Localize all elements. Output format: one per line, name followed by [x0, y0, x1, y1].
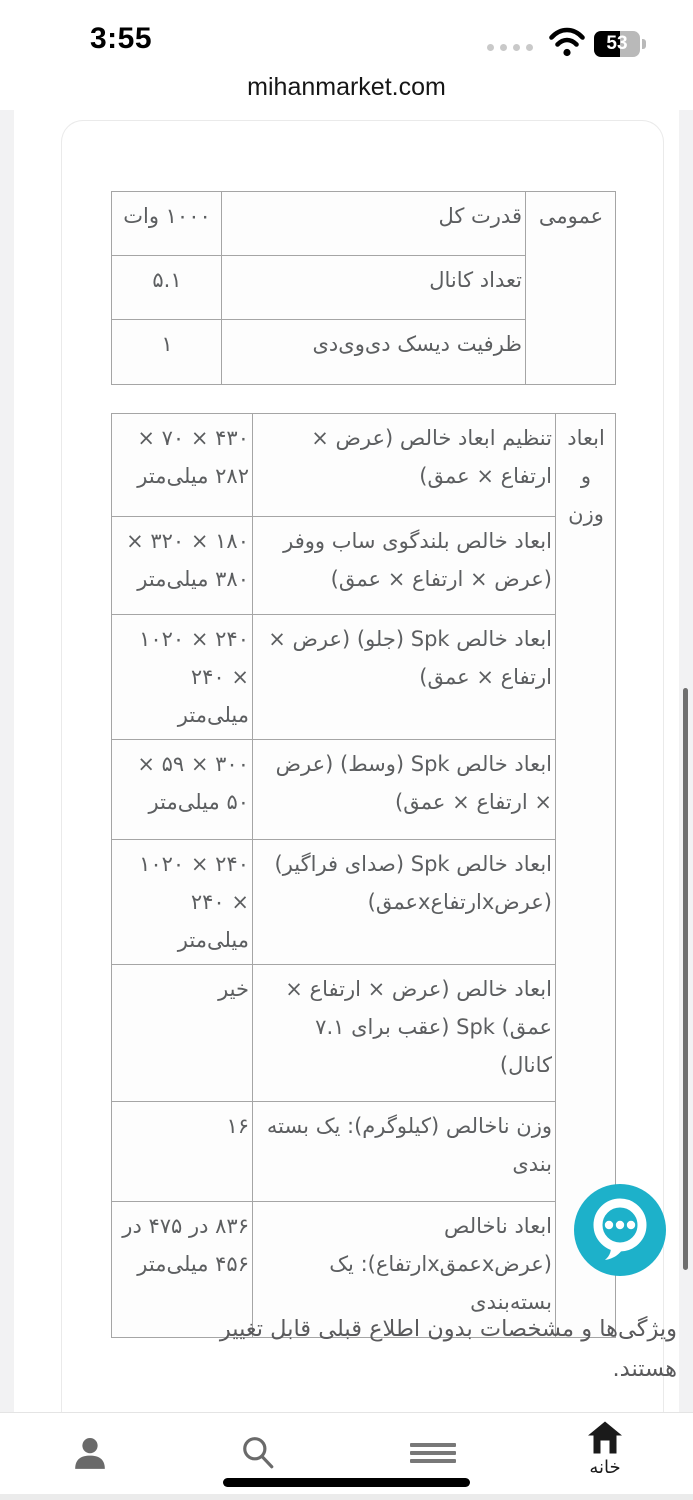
cellular-signal-dots-icon — [500, 44, 507, 51]
nav-item-home[interactable]: خانه — [575, 1419, 635, 1479]
bottom-nav: خانه — [0, 1412, 693, 1500]
speech-bubble-icon — [573, 1183, 667, 1277]
clock-label: 3:55 — [90, 22, 152, 56]
spec-value: ۳۰۰ × ۵۹ × ۵۰ میلی‌متر — [112, 740, 253, 840]
category-cell: عمومی — [526, 192, 616, 385]
spec-label: ظرفیت دیسک دی‌وی‌دی — [222, 320, 526, 385]
footer-note-line: هستند. — [127, 1349, 677, 1389]
spec-label: تعداد کانال — [222, 256, 526, 320]
spec-value: ۲۴۰ × ۱۰۲۰ × ۲۴۰ میلی‌متر — [112, 615, 253, 740]
spec-label: ابعاد خالص Spk (جلو) (عرض × ارتفاع × عمق… — [253, 615, 556, 740]
spec-value: ۱۰۰۰ وات — [112, 192, 222, 256]
spec-label: تنظیم ابعاد خالص (عرض × ارتفاع × عمق) — [253, 414, 556, 517]
spec-value: ۵.۱ — [112, 256, 222, 320]
spec-label: ابعاد خالص Spk (صدای فراگیر) (عرضxارتفاع… — [253, 840, 556, 965]
nav-item-profile[interactable] — [60, 1423, 120, 1483]
spec-value: ۴۳۰ × ۷۰ × ۲۸۲ میلی‌متر — [112, 414, 253, 517]
address-bar[interactable]: mihanmarket.com — [0, 65, 693, 110]
nav-item-search[interactable] — [228, 1423, 288, 1483]
home-label: خانه — [589, 1457, 620, 1479]
spec-label: ابعاد خالص (عرض × ارتفاع × عمق) Spk (عقب… — [253, 965, 556, 1102]
spec-label: ابعاد خالص Spk (وسط) (عرض × ارتفاع × عمق… — [253, 740, 556, 840]
home-icon — [587, 1420, 623, 1455]
url-label[interactable]: mihanmarket.com — [247, 73, 446, 101]
search-icon — [240, 1435, 276, 1471]
cellular-signal-dots-icon — [526, 44, 533, 51]
footer-note: ویژگی‌ها و مشخصات بدون اطلاع قبلی قابل ت… — [127, 1309, 677, 1389]
user-icon — [72, 1436, 108, 1470]
spec-label: ابعاد خالص بلندگوی ساب ووفر (عرض × ارتفا… — [253, 517, 556, 615]
spec-value: خیر — [112, 965, 253, 1102]
battery-nub-icon — [642, 39, 646, 49]
footer-note-line: ویژگی‌ها و مشخصات بدون اطلاع قبلی قابل ت… — [127, 1309, 677, 1349]
spec-label: وزن ناخالص (کیلوگرم): یک بسته بندی — [253, 1102, 556, 1202]
battery-percent-label: 53 — [594, 31, 640, 57]
bottom-edge-divider — [0, 1494, 693, 1500]
spec-value: ۱۸۰ × ۳۲۰ × ۳۸۰ میلی‌متر — [112, 517, 253, 615]
wifi-icon — [549, 27, 585, 57]
spec-label: قدرت کل — [222, 192, 526, 256]
spec-table-dimensions: ابعاد و وزن تنظیم ابعاد خالص (عرض × ارتف… — [111, 413, 616, 1338]
chat-widget-button[interactable] — [573, 1183, 667, 1277]
cellular-signal-dots-icon — [487, 44, 494, 51]
scrollbar-thumb[interactable] — [683, 688, 688, 1270]
nav-item-menu[interactable] — [403, 1423, 463, 1483]
cellular-signal-dots-icon — [513, 44, 520, 51]
home-indicator[interactable] — [223, 1478, 470, 1487]
spec-value: ۱۶ — [112, 1102, 253, 1202]
status-bar: 3:55 53 — [0, 0, 693, 65]
battery-icon: 53 — [594, 31, 640, 57]
spec-table-general: عمومی قدرت کل ۱۰۰۰ وات تعداد کانال ۵.۱ ظ… — [111, 191, 616, 385]
spec-value: ۲۴۰ × ۱۰۲۰ × ۲۴۰ میلی‌متر — [112, 840, 253, 965]
spec-value: ۱ — [112, 320, 222, 385]
menu-icon — [410, 1439, 456, 1467]
